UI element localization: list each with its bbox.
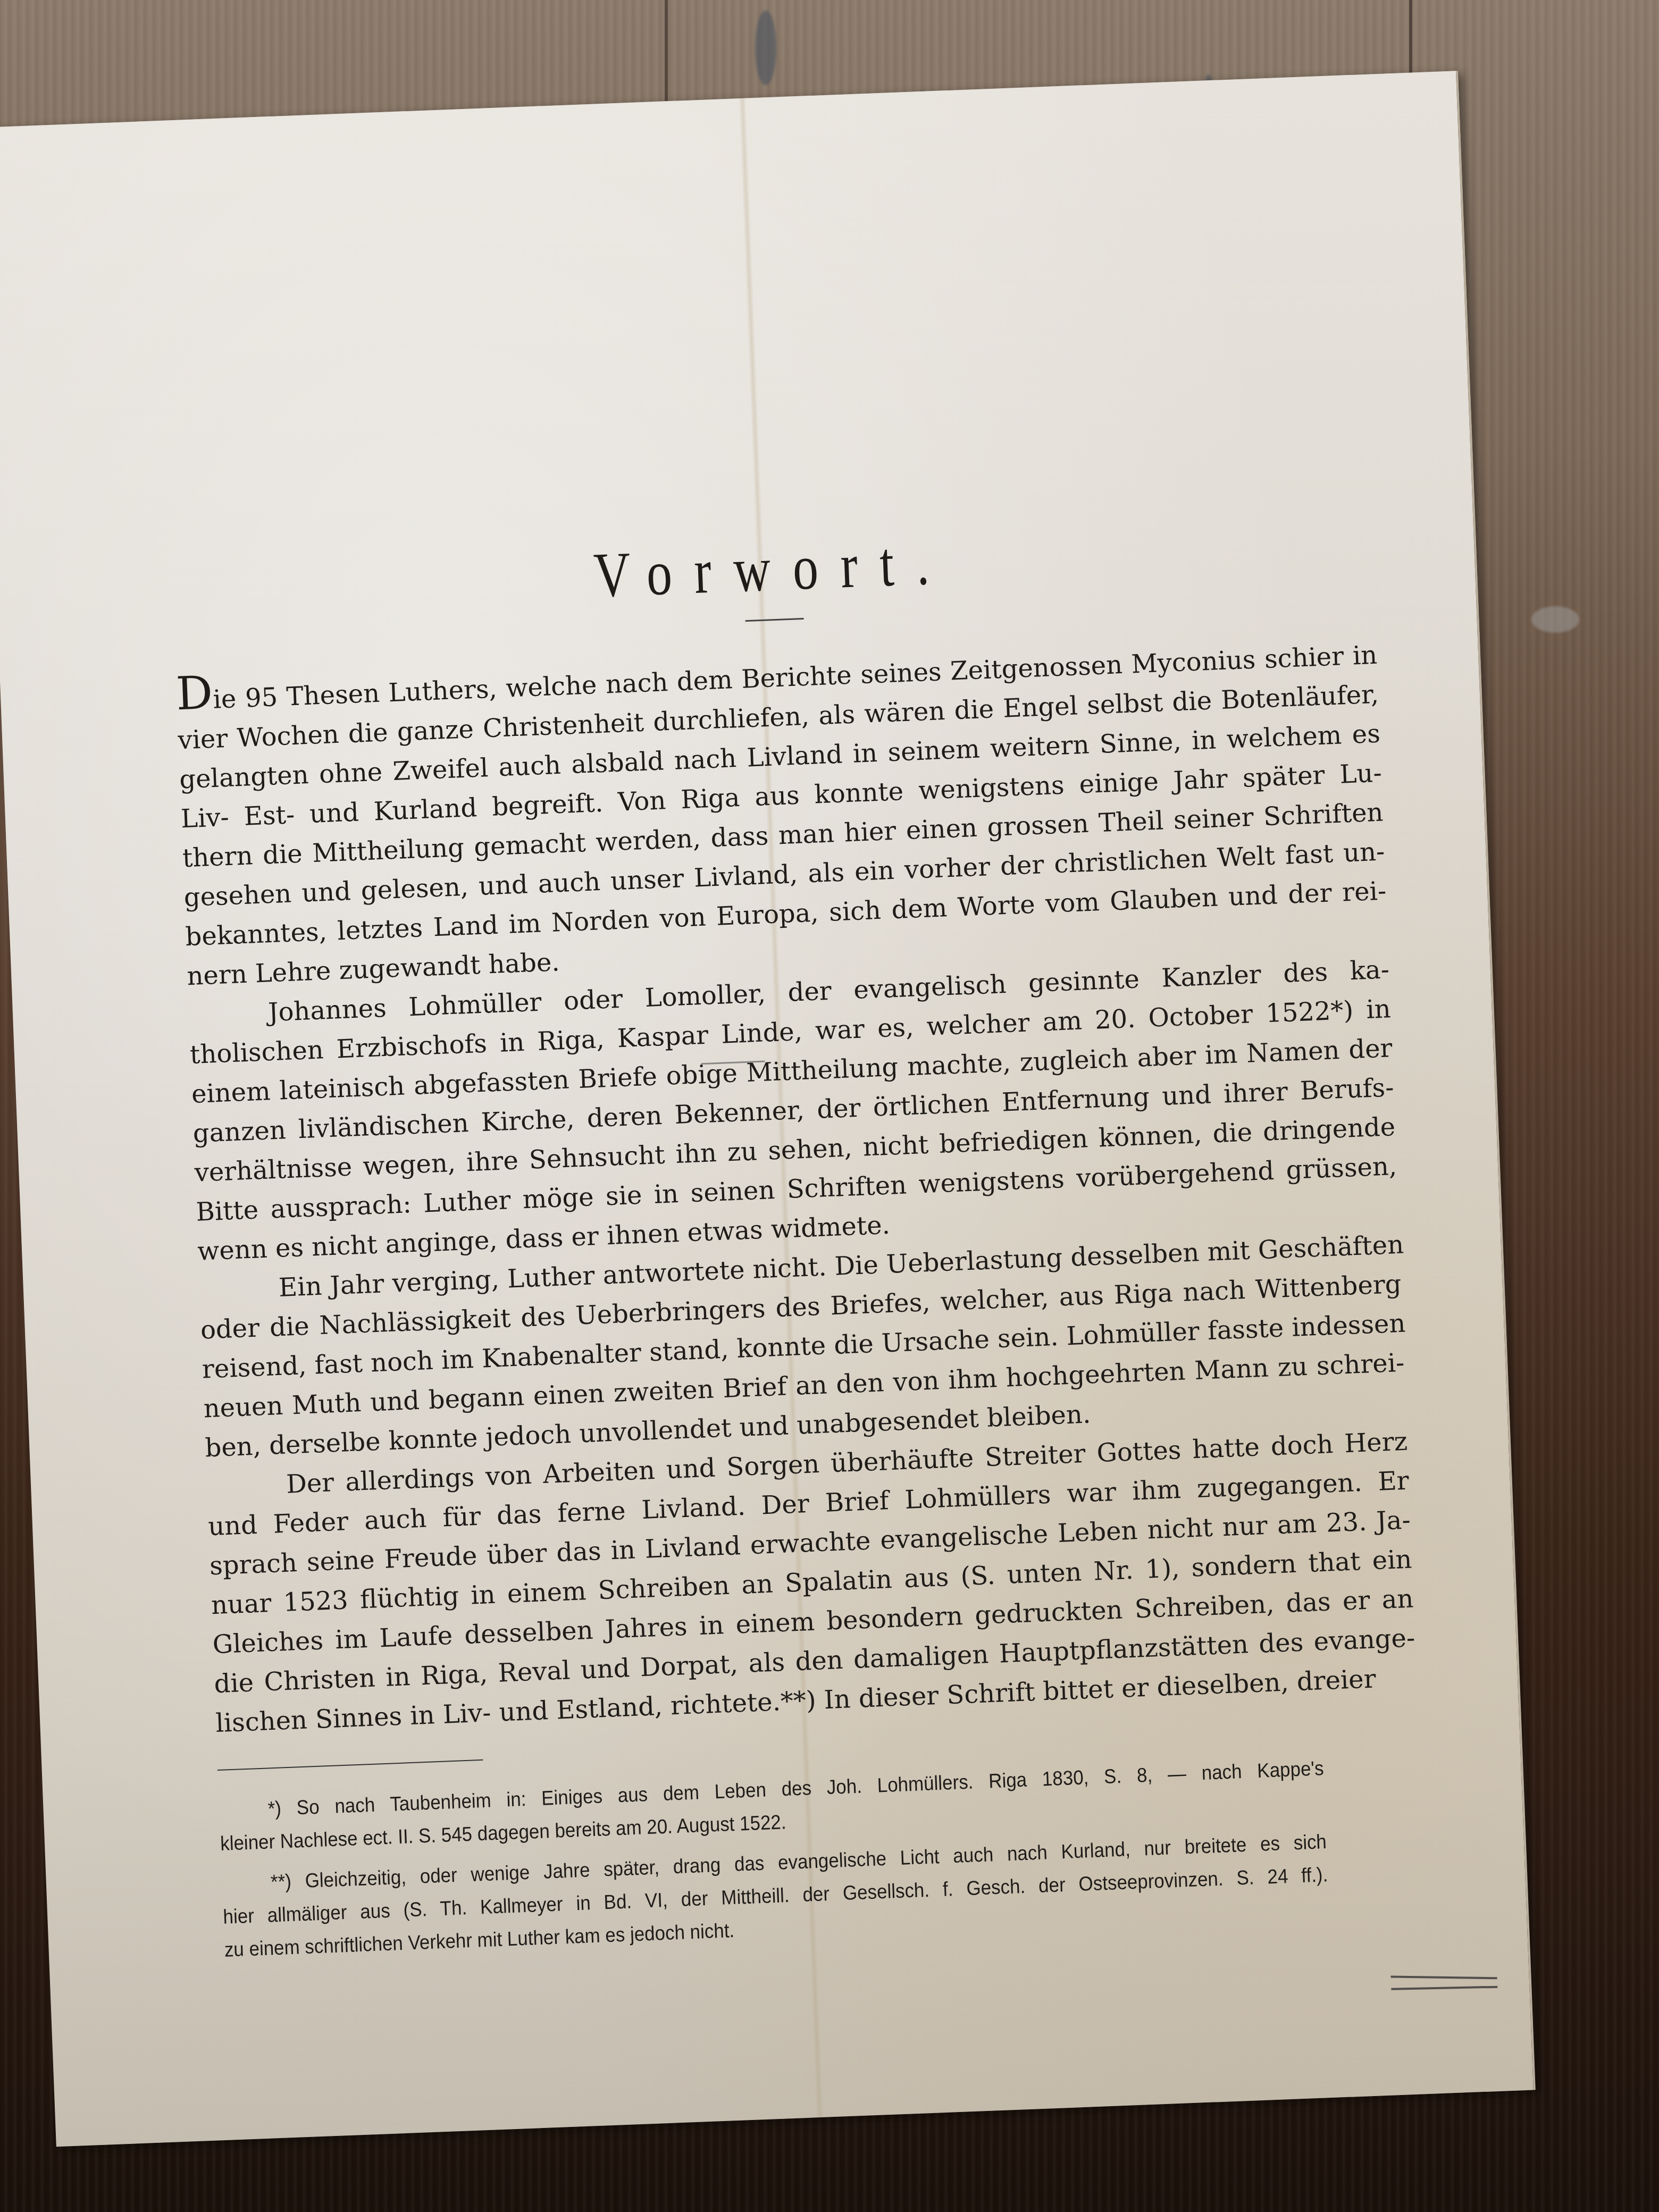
drop-cap: D: [175, 666, 214, 721]
pencil-mark: [1391, 1975, 1497, 1979]
page-content: Vorwort. Die 95 Thesen Luthers, welche n…: [171, 516, 1426, 1974]
paragraph: Johannes Lohmüller oder Lomoller, der ev…: [188, 950, 1399, 1271]
footnotes: *) So nach Taubenheim in: Einiges aus de…: [219, 1748, 1426, 1967]
document-page: Vorwort. Die 95 Thesen Luthers, welche n…: [0, 71, 1536, 2147]
paragraph: Die 95 Thesen Luthers, welche nach dem B…: [175, 635, 1388, 996]
page-title: Vorwort.: [171, 508, 1375, 628]
footnote-rule: [217, 1759, 483, 1771]
body-text: Die 95 Thesen Luthers, welche nach dem B…: [175, 635, 1417, 1743]
wood-knot: [1531, 606, 1579, 633]
title-rule: [745, 618, 804, 622]
paragraph: Der allerdings von Arbeiten und Sorgen ü…: [206, 1422, 1417, 1743]
pencil-mark: [1391, 1986, 1497, 1990]
wood-knot: [755, 11, 776, 85]
